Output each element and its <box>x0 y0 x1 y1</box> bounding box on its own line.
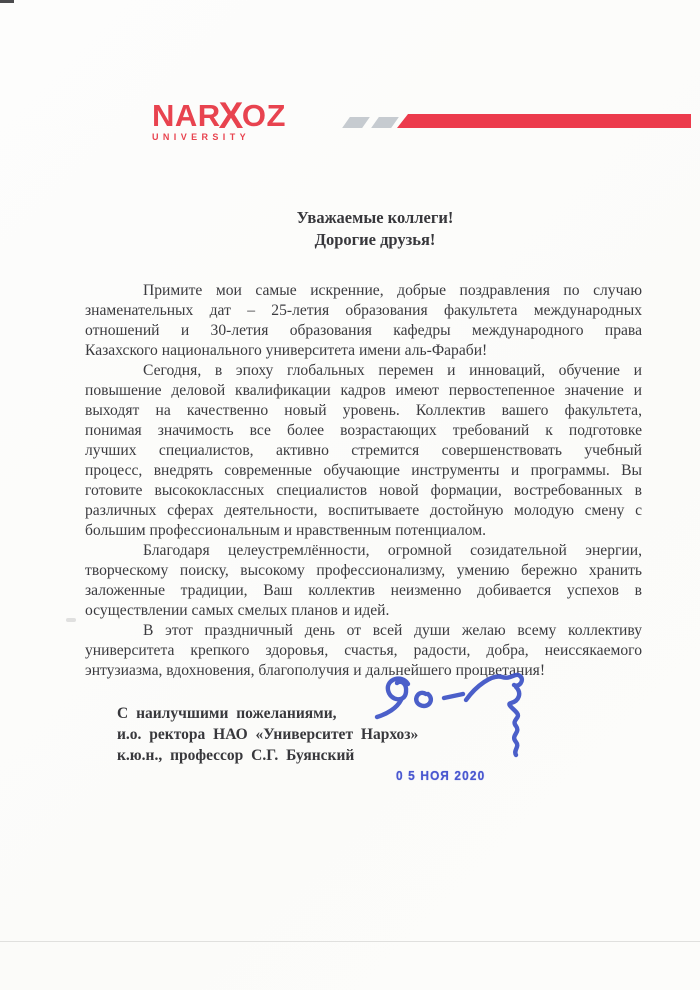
scanned-letter-page: NARXOZ UNIVERSITY Уважаемые коллеги! Дор… <box>0 0 700 990</box>
salutation-line-2: Дорогие друзья! <box>95 229 655 251</box>
letter-line: выходят на качественно новый уровень. Ко… <box>85 401 642 421</box>
logo-part-oz: OZ <box>242 98 286 133</box>
narxoz-logo-wordmark: NARXOZ <box>152 100 286 131</box>
signature-stroke <box>416 693 431 706</box>
letter-line: творческому поиску, высокому профессиона… <box>85 561 642 581</box>
signature-stroke <box>377 700 401 717</box>
date-stamp: 0 5 НОЯ 2020 <box>396 769 485 783</box>
letter-line: Казахского национального университета им… <box>85 341 642 361</box>
salutation-line-1: Уважаемые коллеги! <box>95 207 655 229</box>
logo-part-nar: NAR <box>152 98 221 133</box>
letter-line: Сегодня, в эпоху глобальных перемен и ин… <box>85 361 642 381</box>
scan-corner-artifact <box>0 0 14 3</box>
paragraph-1: Примите мои самые искренние, добрые позд… <box>85 281 642 361</box>
red-accent-bar <box>397 114 691 128</box>
letter-line: повышение деловой квалификации кадров им… <box>85 381 642 401</box>
letter-body: Примите мои самые искренние, добрые позд… <box>85 281 642 681</box>
letter-line: понимая значимость все более возрастающи… <box>85 421 642 441</box>
letter-line: заложенные традиции, Ваш коллектив неизм… <box>85 581 642 601</box>
letter-line: Благодаря целеустремлённости, огромной с… <box>85 541 642 561</box>
signature-stroke <box>444 694 463 698</box>
gray-parallelogram-2 <box>371 117 399 128</box>
letter-line: готовите высококлассных специалистов нов… <box>85 481 642 501</box>
letter-line: осуществлении самых смелых планов и идей… <box>85 601 642 621</box>
scan-edge-line <box>0 941 700 942</box>
letter-line: отношений и 30-летия образования кафедры… <box>85 321 642 341</box>
paragraph-3: Благодаря целеустремлённости, огромной с… <box>85 541 642 621</box>
letter-line: процесс, внедрять современные обучающие … <box>85 461 642 481</box>
signature-stroke <box>388 679 408 700</box>
signature-stroke <box>466 675 522 700</box>
handwritten-signature <box>370 653 570 783</box>
letter-line: большим профессиональным и нравственным … <box>85 521 642 541</box>
letter-line: лучших специалистов, активно стремится с… <box>85 441 642 461</box>
paragraph-2: Сегодня, в эпоху глобальных перемен и ин… <box>85 361 642 541</box>
scan-smudge-artifact <box>66 618 76 622</box>
signature-stroke <box>509 687 519 755</box>
letter-line: Примите мои самые искренние, добрые позд… <box>85 281 642 301</box>
letter-line: В этот праздничный день от всей души жел… <box>85 621 642 641</box>
letter-line: различных сферах деятельности, воспитыва… <box>85 501 642 521</box>
salutation: Уважаемые коллеги! Дорогие друзья! <box>95 207 655 251</box>
letter-line: знаменательных дат – 25-летия образовани… <box>85 301 642 321</box>
narxoz-logo: NARXOZ UNIVERSITY <box>152 100 286 142</box>
gray-parallelogram-1 <box>342 117 370 128</box>
